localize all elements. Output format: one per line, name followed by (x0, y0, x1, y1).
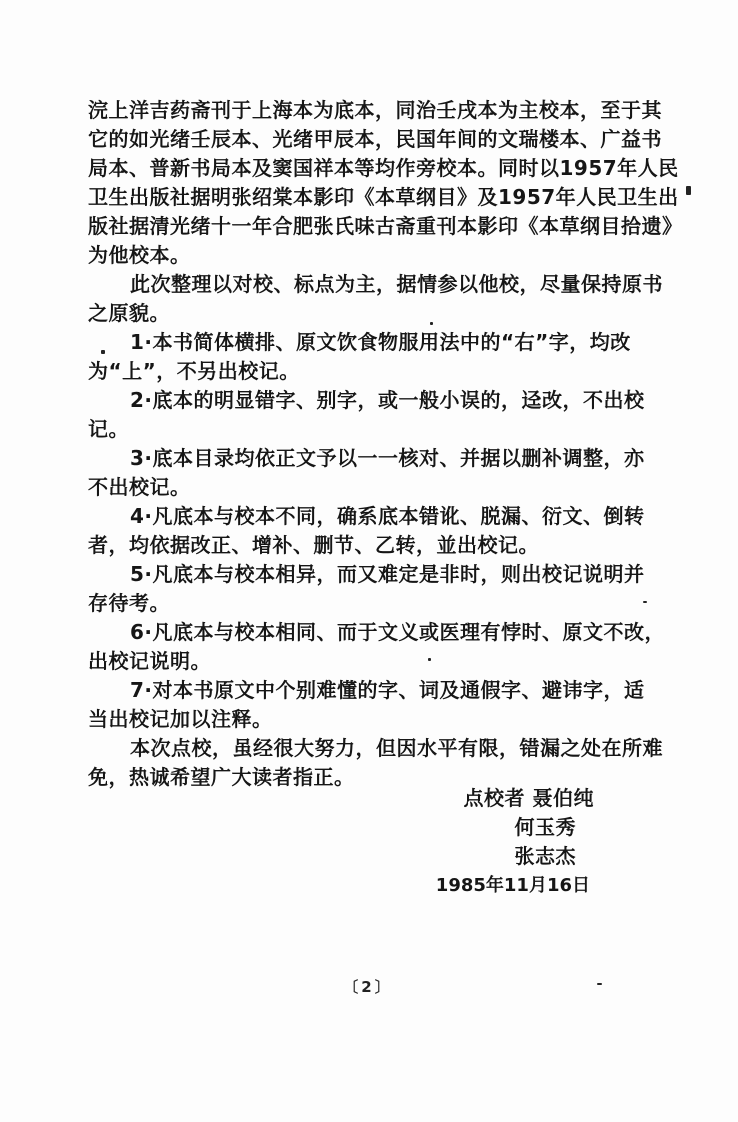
text-line: 卫生出版社据明张绍棠本影印《本草纲目》及1957年人民卫生出 (88, 183, 660, 212)
text-line-item-3: 3·底本目录均依正文予以一一核对、并据以删补调整，亦 (88, 444, 660, 473)
scan-speck (686, 186, 691, 195)
text-line: 版社据清光绪十一年合肥张氏味古斋重刊本影印《本草纲目拾遗》 (88, 212, 660, 241)
text-line: 当出校记加以注释。 (88, 705, 660, 734)
signature-collator-name: 何玉秀 (88, 813, 660, 842)
signature-date: 1985年11月16日 (88, 871, 660, 900)
text-line-item-7: 7·对本书原文中个别难懂的字、词及通假字、避讳字，适 (88, 676, 660, 705)
scanned-page: 浣上洋吉药斋刊于上海本为底本，同治壬戌本为主校本，至于其 它的如光绪壬辰本、光绪… (0, 0, 738, 1122)
text-line-item-4: 4·凡底本与校本不同，确系底本错讹、脱漏、衍文、倒转 (88, 502, 660, 531)
text-line: 记。 (88, 415, 660, 444)
text-line: 出校记说明。 (88, 647, 660, 676)
text-line: 本次点校，虽经很大努力，但因水平有限，错漏之处在所难 (88, 734, 660, 763)
text-line: 之原貌。 (88, 299, 660, 328)
scan-speck (597, 983, 602, 985)
body-text: 浣上洋吉药斋刊于上海本为底本，同治壬戌本为主校本，至于其 它的如光绪壬辰本、光绪… (88, 96, 660, 792)
text-line: 此次整理以对校、标点为主，据情参以他校，尽量保持原书 (88, 270, 660, 299)
text-line: 者，均依据改正、增补、删节、乙转，並出校记。 (88, 531, 660, 560)
signature-block: 点校者 聂伯纯 何玉秀 张志杰 1985年11月16日 (88, 784, 660, 900)
text-line: 不出校记。 (88, 473, 660, 502)
scan-speck (430, 322, 433, 325)
text-line-item-1: 1·本书简体横排、原文饮食物服用法中的“右”字，均改 (88, 328, 660, 357)
scan-speck (643, 601, 647, 603)
text-line: 它的如光绪壬辰本、光绪甲辰本，民国年间的文瑞楼本、广益书 (88, 125, 660, 154)
signature-collator-name: 张志杰 (88, 842, 660, 871)
text-line-item-5: 5·凡底本与校本相异，而又难定是非时，则出校记说明并 (88, 560, 660, 589)
text-line: 浣上洋吉药斋刊于上海本为底本，同治壬戌本为主校本，至于其 (88, 96, 660, 125)
page-number: 〔2〕 (322, 976, 414, 997)
text-line-item-6: 6·凡底本与校本相同、而于文义或医理有悖时、原文不改， (88, 618, 660, 647)
signature-collators: 点校者 聂伯纯 (88, 784, 660, 813)
text-line: 局本、普新书局本及窦国祥本等均作旁校本。同时以1957年人民 (88, 154, 660, 183)
scan-speck (428, 658, 431, 661)
text-line-item-2: 2·底本的明显错字、别字，或一般小误的，迳改，不出校 (88, 386, 660, 415)
text-line: 为“上”，不另出校记。 (88, 357, 660, 386)
scan-speck (101, 350, 105, 354)
text-line: 存待考。 (88, 589, 660, 618)
text-line: 为他校本。 (88, 241, 660, 270)
